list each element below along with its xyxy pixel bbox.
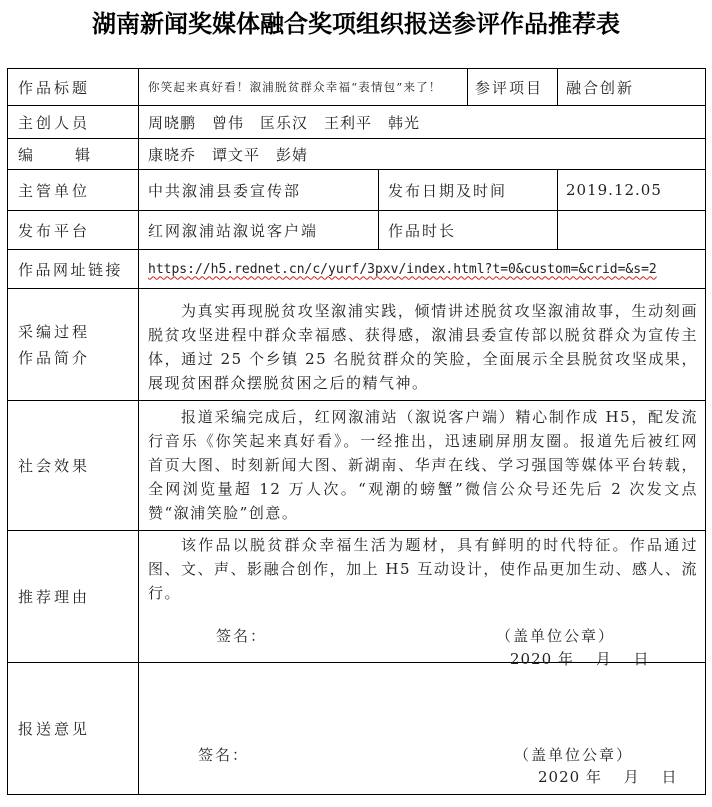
submission-date-label: 2020 年 月 日 (538, 766, 677, 787)
recommendation-seal-label: （盖单位公章） (496, 625, 615, 646)
recommendation-label: 推荐理由 (18, 531, 138, 662)
work-title-label: 作品标题 (18, 69, 138, 105)
submission-opinion-text[interactable] (148, 667, 698, 727)
process-intro-label-line1: 采编过程 (18, 319, 90, 345)
supervising-unit-label: 主管单位 (18, 170, 138, 210)
recommendation-signature-label: 签名： (216, 625, 267, 646)
work-title-value[interactable]: 你笑起来真好看！溆浦脱贫群众幸福“表情包”来了！ (148, 69, 466, 105)
duration-value[interactable] (566, 211, 701, 249)
editors-label: 编 辑 (18, 139, 138, 169)
editors-value[interactable]: 康晓乔 谭文平 彭婧 (148, 139, 698, 169)
publish-date-value[interactable]: 2019.12.05 (566, 170, 701, 210)
url-label: 作品网址链接 (18, 250, 138, 288)
recommendation-date-label: 2020 年 月 日 (510, 648, 649, 669)
social-effect-text[interactable]: 报道采编完成后，红网溆浦站（溆说客户端）精心制作成 H5，配发流行音乐《你笑起来… (148, 405, 698, 525)
work-url-link[interactable]: https://h5.rednet.cn/c/yurf/3pxv/index.h… (148, 262, 657, 277)
social-effect-label: 社会效果 (18, 401, 138, 530)
process-intro-label-line2: 作品简介 (18, 345, 90, 371)
url-value[interactable]: https://h5.rednet.cn/c/yurf/3pxv/index.h… (148, 250, 703, 288)
column-divider (138, 69, 139, 794)
submission-seal-label: （盖单位公章） (514, 744, 633, 765)
submission-opinion-label: 报送意见 (18, 663, 138, 794)
column-divider (557, 169, 558, 249)
platform-label: 发布平台 (18, 211, 138, 249)
recommendation-text[interactable]: 该作品以脱贫群众幸福生活为题材，具有鲜明的时代特征。作品通过图、文、声、影融合创… (148, 533, 698, 605)
process-intro-label: 采编过程 作品简介 (18, 289, 138, 400)
column-divider (467, 69, 468, 105)
column-divider (378, 169, 379, 249)
publish-date-label: 发布日期及时间 (388, 170, 556, 210)
main-creators-label: 主创人员 (18, 106, 138, 138)
column-divider (557, 69, 558, 105)
recommendation-form-table: 作品标题 你笑起来真好看！溆浦脱贫群众幸福“表情包”来了！ 参评项目 融合创新 … (7, 68, 706, 795)
platform-value[interactable]: 红网溆浦站溆说客户端 (148, 211, 376, 249)
supervising-unit-value[interactable]: 中共溆浦县委宣传部 (148, 170, 376, 210)
submission-signature-label: 签名： (198, 744, 249, 765)
duration-label: 作品时长 (388, 211, 556, 249)
process-intro-text[interactable]: 为真实再现脱贫攻坚溆浦实践，倾情讲述脱贫攻坚溆浦故事，生动刻画脱贫攻坚进程中群众… (148, 299, 698, 395)
main-creators-value[interactable]: 周晓鹏 曾伟 匡乐汉 王利平 韩光 (148, 106, 698, 138)
category-value[interactable]: 融合创新 (566, 69, 701, 105)
category-label: 参评项目 (475, 69, 555, 105)
page-title: 湖南新闻奖媒体融合奖项组织报送参评作品推荐表 (0, 6, 712, 42)
